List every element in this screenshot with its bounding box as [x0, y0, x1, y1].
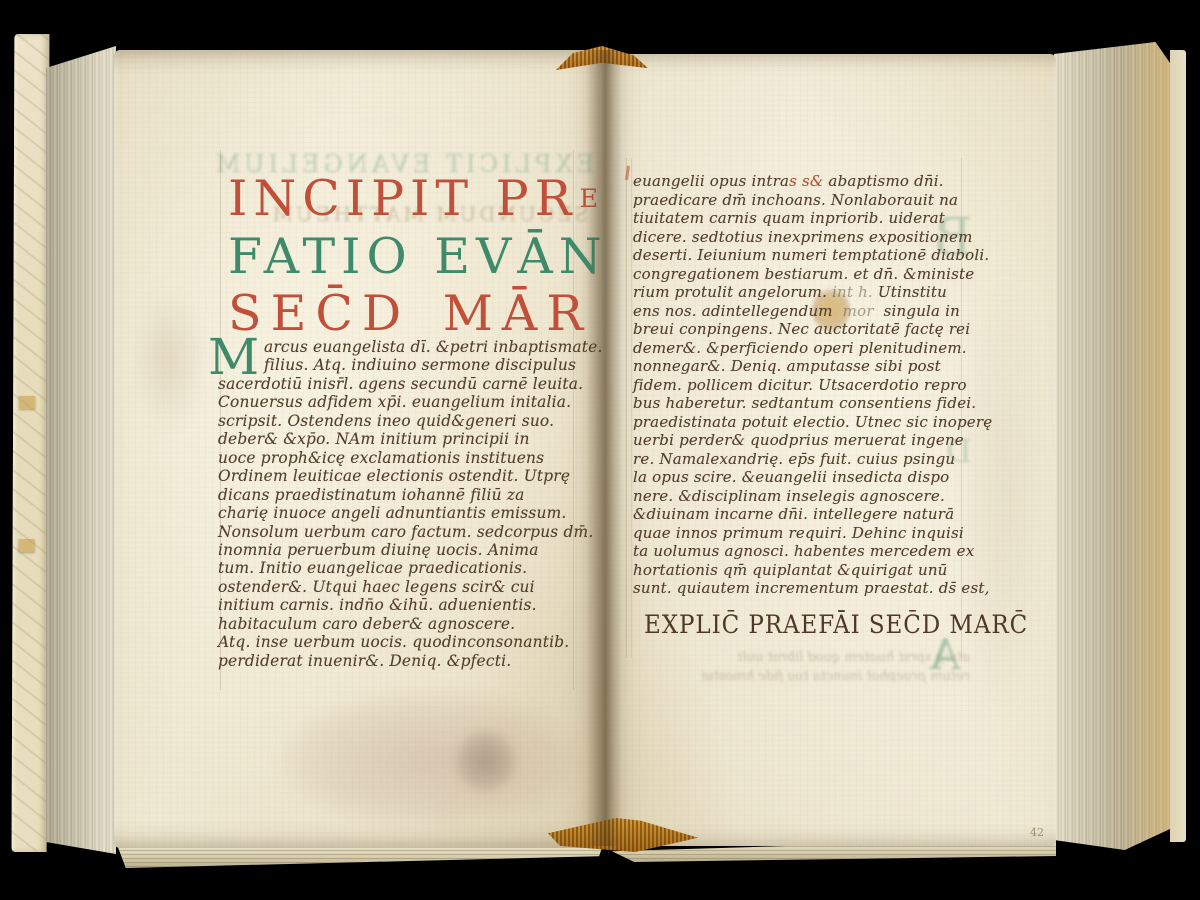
text-line: filius. Atq. indiuino sermone discipulus — [218, 356, 590, 374]
text-run: fidem. pollicem dicitur. Utsacerdotio re… — [633, 376, 967, 394]
text-run: INCIPIT PR — [228, 170, 578, 227]
text-line: bus haberetur. sedtantum consentiens fid… — [633, 394, 973, 413]
text-run: charię inuoce angeli adnuntiantis emissu… — [218, 504, 566, 522]
text-run: nere. &disciplinam inselegis agnoscere. — [633, 487, 945, 505]
text-run: re. Namalexandrię. ep̄s fuit. cuius psin… — [633, 450, 955, 468]
text-run: Nonsolum uerbum caro factum. sedcorpus d… — [218, 523, 593, 541]
text-run: sunt. quiautem incrementum praestat. ds̄… — [633, 579, 990, 597]
text-run: Ordinem leuiticae electionis ostendit. U… — [218, 467, 570, 485]
text-run: rium protulit angelorum. — [633, 283, 832, 301]
text-run: ostender&. Utqui haec legens scir& cui — [218, 578, 535, 596]
explicit-line: EXPLIC̄ PRAEFĀI SEC̄D MARC̄ — [644, 610, 1028, 639]
text-run: uoce proph&icę exclamationis instituens — [218, 449, 544, 467]
text-line: initium carnis. indn̄o &ihū. aduenientis… — [218, 596, 590, 614]
text-run: dicere. sedtotius inexprimens exposition… — [633, 228, 973, 246]
stain — [455, 730, 517, 792]
text-run: praedistinata potuit electio. Utnec sic … — [633, 413, 992, 431]
text-run: s s& — [789, 172, 823, 190]
text-line: dicans praedistinatum iohannē filiū za — [218, 486, 590, 504]
text-run: nonnegar&. Deniq. amputasse sibi post — [633, 357, 941, 375]
text-run: euangelii opus intra — [633, 172, 789, 190]
text-line: congregationem bestiarum. et dn̄. &minis… — [633, 265, 973, 284]
text-run: int h. — [832, 283, 873, 301]
text-run: perdiderat inuenir&. Deniq. &pfecti. — [218, 652, 511, 670]
text-run: SEC̄D MĀR — [228, 285, 592, 342]
text-line: deserti. Ieiunium numeri temptationē dia… — [633, 246, 973, 265]
text-line: breui conpingens. Nec auctoritatē factę … — [633, 320, 973, 339]
text-run: filius. Atq. indiuino sermone discipulus — [264, 356, 576, 374]
text-run: tiuitatem carnis quam inpriorib. uiderat — [633, 209, 945, 227]
text-run: tum. Initio euangelicae praedicationis. — [218, 559, 527, 577]
text-line: &diuinam incarne dn̄i. intellegere natur… — [633, 505, 973, 524]
text-line: SEC̄D MĀR — [228, 285, 608, 342]
text-line: perdiderat inuenir&. Deniq. &pfecti. — [218, 652, 590, 670]
clasp-mark — [19, 539, 35, 552]
text-line: demer&. &perficiendo operi plenitudinem. — [633, 339, 973, 358]
text-line: praedicare dm̄ inchoans. Nonlaborauit na — [633, 191, 973, 210]
bleedthrough-text: atuig xprst huatem quod librat uult — [640, 650, 970, 665]
text-line: scripsit. Ostendens ineo quid&generi suo… — [218, 412, 590, 430]
text-line: charię inuoce angeli adnuntiantis emissu… — [218, 504, 590, 522]
text-run: breui conpingens. Nec auctoritatē factę … — [633, 320, 970, 338]
text-run: la opus scire. &euangelii insedicta disp… — [633, 468, 949, 486]
text-run: Atq. inse uerbum uocis. quodinconsonanti… — [218, 633, 569, 651]
text-run: quae innos primum requiri. Dehinc inquis… — [633, 524, 964, 542]
stain — [133, 290, 205, 430]
folio-number: 42 — [1030, 826, 1044, 839]
text-line: nere. &disciplinam inselegis agnoscere. — [633, 487, 973, 506]
text-line: hortationis qm̄ quiplantat &quirigat unū — [633, 561, 973, 580]
text-line: re. Namalexandrię. ep̄s fuit. cuius psin… — [633, 450, 973, 469]
text-run: demer&. &perficiendo operi plenitudinem. — [633, 339, 967, 357]
text-line: deber& &xp̄o. NAm initium principii in — [218, 430, 590, 448]
text-line: uoce proph&icę exclamationis instituens — [218, 449, 590, 467]
text-run: uerbi perder& quodprius meruerat ingene — [633, 431, 964, 449]
text-line: dicere. sedtotius inexprimens exposition… — [633, 228, 973, 247]
rubric-mark — [625, 166, 630, 180]
text-line: rium protulit angelorum. int h. Utinstit… — [633, 283, 973, 302]
text-run: &diuinam incarne dn̄i. intellegere natur… — [633, 505, 954, 523]
text-line: inomnia peruerbum diuinę uocis. Anima — [218, 541, 590, 559]
text-line: nonnegar&. Deniq. amputasse sibi post — [633, 357, 973, 376]
text-line: euangelii opus intras s& abaptismo dn̄i. — [633, 172, 973, 191]
text-line: habitaculum caro deber& agnoscere. — [218, 615, 590, 633]
text-line: FATIO EVĀN — [228, 228, 608, 285]
text-line: Ordinem leuiticae electionis ostendit. U… — [218, 467, 590, 485]
text-run: abaptismo dn̄i. — [823, 172, 943, 190]
text-run: Conuersus adfidem xp̄i. euangelium inita… — [218, 393, 571, 411]
text-run: initium carnis. indn̄o &ihū. aduenientis… — [218, 596, 537, 614]
left-body-text: arcus euangelista dī. &petri inbaptismat… — [218, 338, 590, 670]
right-page: B D A euangelii opus intras s& abaptismo… — [604, 54, 1056, 846]
text-line: ens nos. adintellegendum mor singula in — [633, 302, 973, 321]
text-line: Conuersus adfidem xp̄i. euangelium inita… — [218, 393, 590, 411]
text-run: habitaculum caro deber& agnoscere. — [218, 615, 515, 633]
text-line: la opus scire. &euangelii insedicta disp… — [633, 468, 973, 487]
text-run: hortationis qm̄ quiplantat &quirigat unū — [633, 561, 948, 579]
text-run: Utinstitu — [873, 283, 947, 301]
right-fore-edge-pages — [1054, 42, 1172, 856]
text-run: congregationem bestiarum. et dn̄. &minis… — [633, 265, 974, 283]
text-run: arcus euangelista dī. &petri inbaptismat… — [264, 338, 603, 356]
text-line: praedistinata potuit electio. Utnec sic … — [633, 413, 973, 432]
right-body-text: euangelii opus intras s& abaptismo dn̄i.… — [633, 172, 973, 598]
bleedthrough-text: retum praephat inuncta tua fide hmostui — [640, 669, 970, 684]
text-line: tum. Initio euangelicae praedicationis. — [218, 559, 590, 577]
text-run: ens nos. adintellegendum — [633, 302, 843, 320]
text-line: ostender&. Utqui haec legens scir& cui — [218, 578, 590, 596]
text-run: bus haberetur. sedtantum consentiens fid… — [633, 394, 976, 412]
text-run: ta uolumus agnosci. habentes mercedem ex — [633, 542, 974, 560]
text-line: arcus euangelista dī. &petri inbaptismat… — [218, 338, 590, 356]
text-line: sacerdotiū inisr̄l. agens secundū carnē … — [218, 375, 590, 393]
text-line: fidem. pollicem dicitur. Utsacerdotio re… — [633, 376, 973, 395]
text-line: ta uolumus agnosci. habentes mercedem ex — [633, 542, 973, 561]
clasp-mark — [19, 396, 35, 409]
text-run: praedicare dm̄ inchoans. Nonlaborauit na — [633, 191, 958, 209]
text-line: quae innos primum requiri. Dehinc inquis… — [633, 524, 973, 543]
back-cover-edge — [1170, 50, 1186, 842]
text-line: uerbi perder& quodprius meruerat ingene — [633, 431, 973, 450]
text-line: sunt. quiautem incrementum praestat. ds̄… — [633, 579, 973, 598]
text-run: mor — [843, 302, 874, 320]
text-run: deserti. Ieiunium numeri temptationē dia… — [633, 246, 989, 264]
text-run: sacerdotiū inisr̄l. agens secundū carnē … — [218, 375, 583, 393]
incipit-heading: INCIPIT PREFATIO EVĀNSEC̄D MĀR — [228, 170, 608, 342]
text-line: INCIPIT PRE — [228, 170, 608, 228]
text-run: scripsit. Ostendens ineo quid&generi suo… — [218, 412, 554, 430]
text-run: deber& &xp̄o. NAm initium principii in — [218, 430, 530, 448]
manuscript-photo: EXPLICIT EVANGELIUM SECUNDUM MATTHEUM IN… — [0, 0, 1200, 900]
text-run: FATIO EVĀN — [228, 228, 608, 285]
left-fore-edge-pages — [46, 42, 116, 866]
left-page: EXPLICIT EVANGELIUM SECUNDUM MATTHEUM IN… — [114, 50, 606, 848]
text-run: singula in — [874, 302, 960, 320]
text-line: tiuitatem carnis quam inpriorib. uiderat — [633, 209, 973, 228]
stain — [280, 690, 580, 830]
text-line: Nonsolum uerbum caro factum. sedcorpus d… — [218, 523, 590, 541]
front-cover-edge — [12, 34, 50, 852]
text-line: Atq. inse uerbum uocis. quodinconsonanti… — [218, 633, 590, 651]
text-run: E — [580, 184, 599, 214]
text-run: inomnia peruerbum diuinę uocis. Anima — [218, 541, 539, 559]
text-run: dicans praedistinatum iohannē filiū za — [218, 486, 524, 504]
